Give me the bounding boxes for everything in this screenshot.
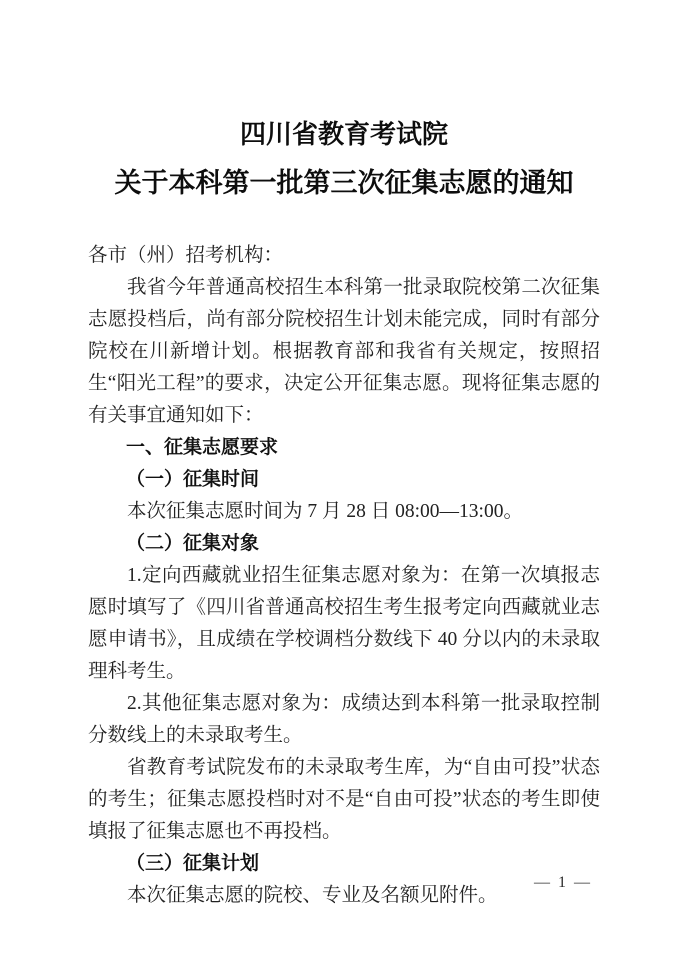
doc-title-line-1: 四川省教育考试院 — [88, 118, 600, 152]
salutation: 各市（州）招考机构： — [88, 240, 600, 272]
section-1-heading: 一、征集志愿要求 — [88, 432, 600, 464]
collection-target-item-1: 1.定向西藏就业招生征集志愿对象为：在第一次填报志愿时填写了《四川省普通高校招生… — [88, 560, 600, 688]
collection-time-text: 本次征集志愿时间为 7 月 28 日 08:00—13:00。 — [88, 496, 600, 528]
section-1-sub-1-heading: （一）征集时间 — [88, 464, 600, 496]
doc-title-line-2: 关于本科第一批第三次征集志愿的通知 — [88, 166, 600, 200]
section-1-sub-2-heading: （二）征集对象 — [88, 528, 600, 560]
intro-paragraph: 我省今年普通高校招生本科第一批录取院校第二次征集志愿投档后，尚有部分院校招生计划… — [88, 272, 600, 432]
collection-target-item-2: 2.其他征集志愿对象为：成绩达到本科第一批录取控制分数线上的未录取考生。 — [88, 688, 600, 752]
document-page: 四川省教育考试院 关于本科第一批第三次征集志愿的通知 各市（州）招考机构： 我省… — [0, 0, 680, 961]
section-1-sub-3-heading: （三）征集计划 — [88, 848, 600, 880]
page-number: — 1 — — [534, 872, 592, 894]
document-text-block: 各市（州）招考机构： 我省今年普通高校招生本科第一批录取院校第二次征集志愿投档后… — [88, 240, 600, 912]
document-body: 四川省教育考试院 关于本科第一批第三次征集志愿的通知 各市（州）招考机构： 我省… — [88, 0, 600, 912]
collection-target-note: 省教育考试院发布的未录取考生库，为“自由可投”状态的考生；征集志愿投档时对不是“… — [88, 752, 600, 848]
collection-plan-text: 本次征集志愿的院校、专业及名额见附件。 — [88, 880, 600, 912]
